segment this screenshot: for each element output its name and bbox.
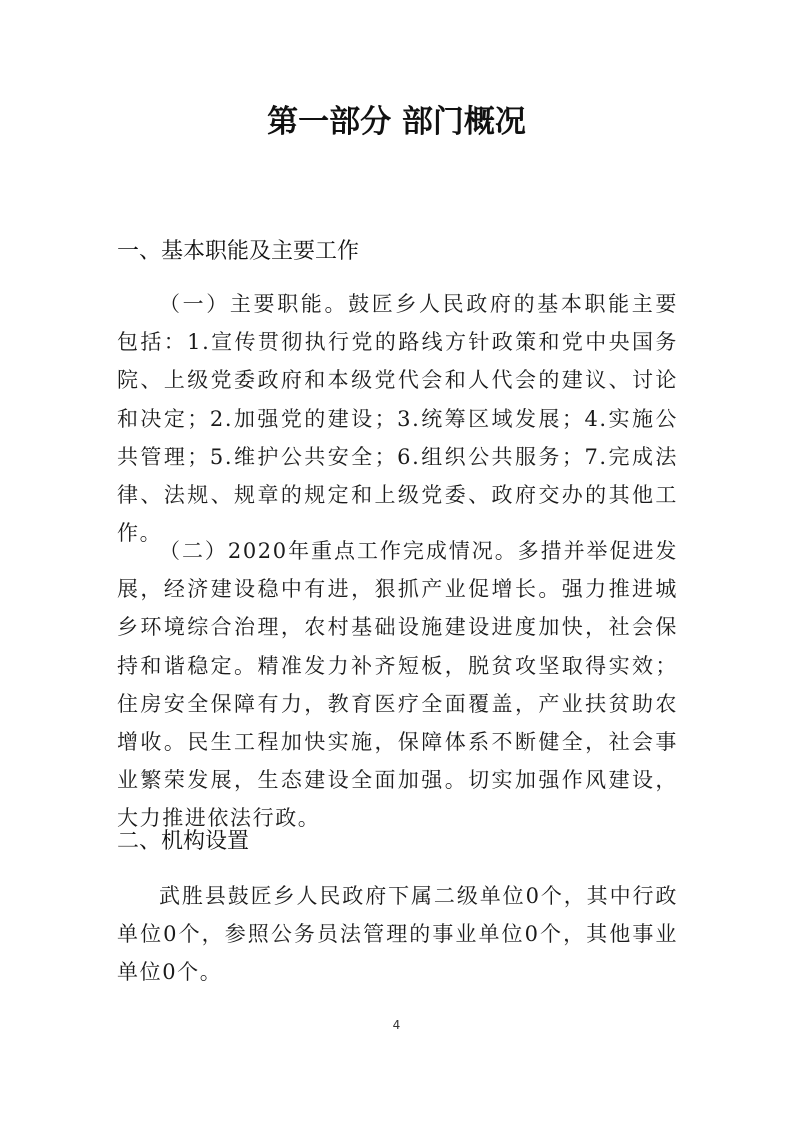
page-title: 第一部分 部门概况 <box>0 100 793 144</box>
paragraph-2020-key-work: （二）2020年重点工作完成情况。多措并举促进发展，经济建设稳中有进，狠抓产业促… <box>117 532 678 838</box>
section-heading-basic-functions: 一、基本职能及主要工作 <box>117 236 359 268</box>
paragraph-organization-units: 武胜县鼓匠乡人民政府下属二级单位0个，其中行政单位0个，参照公务员法管理的事业单… <box>117 877 678 992</box>
page-number: 4 <box>0 1018 793 1032</box>
paragraph-main-functions: （一）主要职能。鼓匠乡人民政府的基本职能主要包括：1.宣传贯彻执行党的路线方针政… <box>117 285 678 552</box>
section-heading-organization: 二、机构设置 <box>117 826 249 858</box>
